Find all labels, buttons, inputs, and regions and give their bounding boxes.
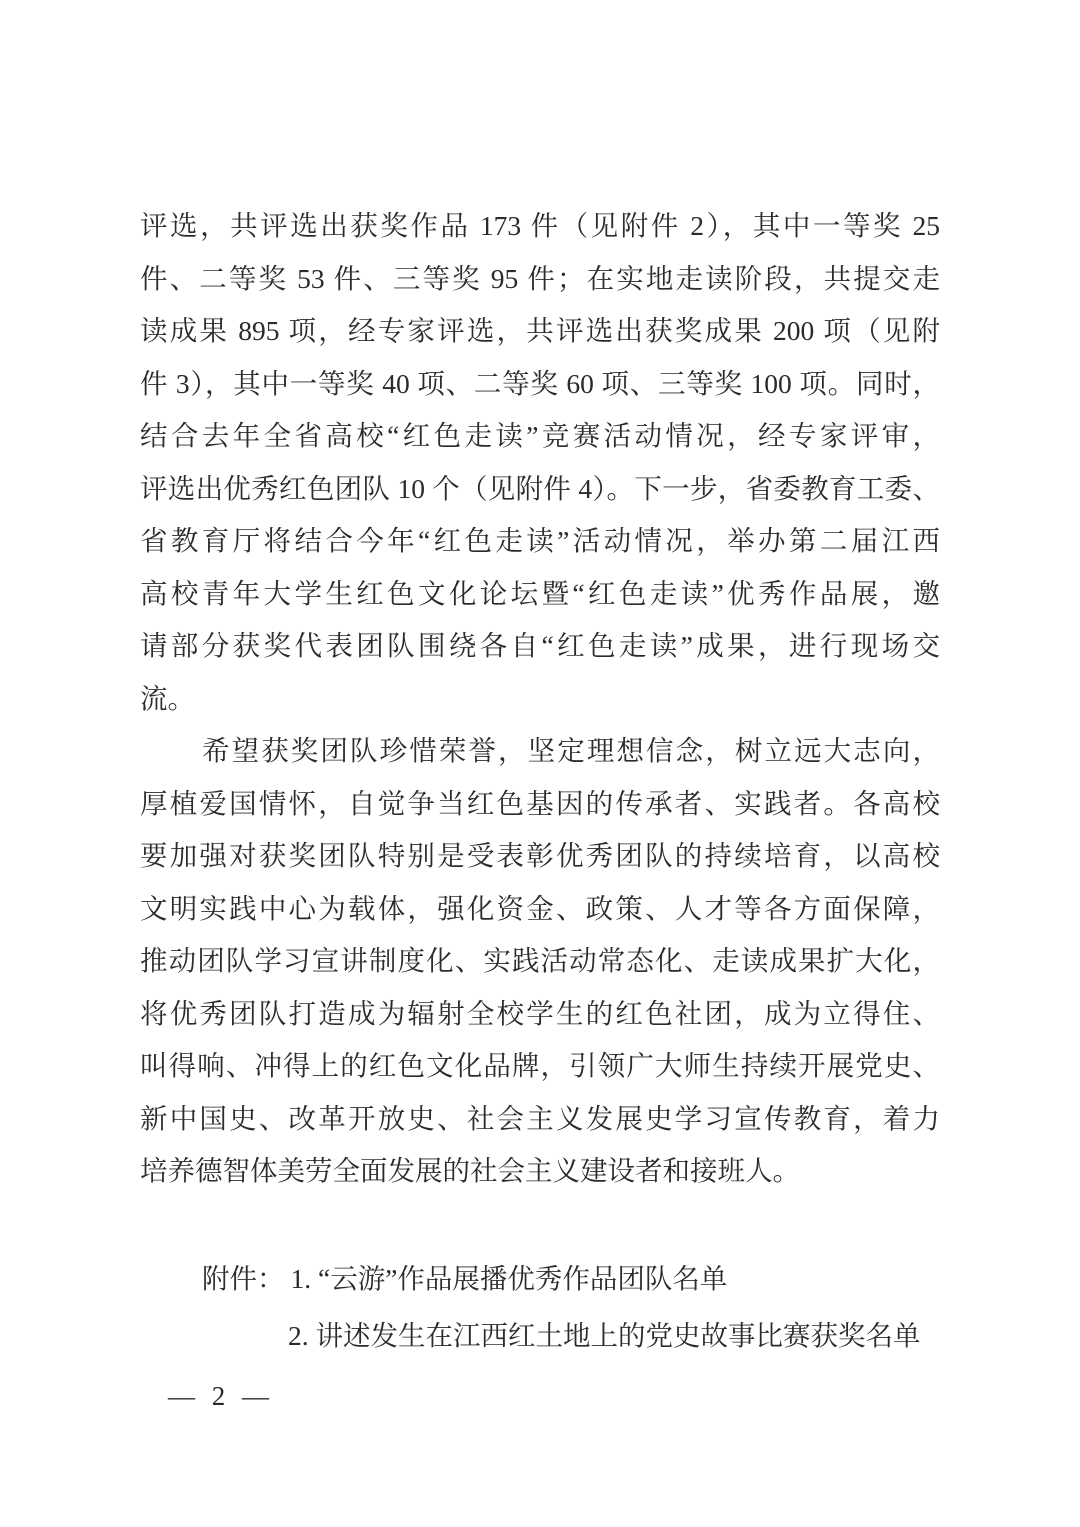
p1-line: 读成果 895 项，经专家评选，共评选出获奖成果 200 项（见附 [140,305,940,358]
document-body: 评选，共评选出获奖作品 173 件（见附件 2），其中一等奖 25 件、二等奖 … [140,200,940,1364]
p2-line: 推动团队学习宣讲制度化、实践活动常态化、走读成果扩大化， [140,935,940,988]
p1-line: 请部分获奖代表团队围绕各自“红色走读”成果，进行现场交 [140,620,940,673]
p1-line: 评选，共评选出获奖作品 173 件（见附件 2），其中一等奖 25 [140,200,940,253]
p1-line: 流。 [140,673,940,726]
p2-line: 希望获奖团队珍惜荣誉，坚定理想信念，树立远大志向， [140,725,940,778]
attachment-line-2: 2. 讲述发生在江西红土地上的党史故事比赛获奖名单 [140,1307,940,1364]
p1-line: 件 3），其中一等奖 40 项、二等奖 60 项、三等奖 100 项。同时， [140,358,940,411]
attachments-block: 附件：1. “云游”作品展播优秀作品团队名单 2. 讲述发生在江西红土地上的党史… [140,1250,940,1364]
attachment-line-1: 附件：1. “云游”作品展播优秀作品团队名单 [140,1250,940,1307]
page-number: — 2 — [168,1381,274,1412]
p1-line: 省教育厅将结合今年“红色走读”活动情况，举办第二届江西 [140,515,940,568]
document-page: 评选，共评选出获奖作品 173 件（见附件 2），其中一等奖 25 件、二等奖 … [0,0,1080,1527]
p1-line: 结合去年全省高校“红色走读”竞赛活动情况，经专家评审， [140,410,940,463]
attachments-label: 附件： [202,1263,291,1294]
p1-line: 评选出优秀红色团队 10 个（见附件 4）。下一步，省委教育工委、 [140,463,940,516]
p2-line: 新中国史、改革开放史、社会主义发展史学习宣传教育，着力 [140,1093,940,1146]
p2-line: 文明实践中心为载体，强化资金、政策、人才等各方面保障， [140,883,940,936]
p2-line: 培养德智体美劳全面发展的社会主义建设者和接班人。 [140,1145,940,1198]
attachment-item: 2. 讲述发生在江西红土地上的党史故事比赛获奖名单 [288,1320,921,1351]
p1-line: 件、二等奖 53 件、三等奖 95 件；在实地走读阶段，共提交走 [140,253,940,306]
p2-line: 叫得响、冲得上的红色文化品牌，引领广大师生持续开展党史、 [140,1040,940,1093]
p2-line: 要加强对获奖团队特别是受表彰优秀团队的持续培育，以高校 [140,830,940,883]
p2-line: 厚植爱国情怀，自觉争当红色基因的传承者、实践者。各高校 [140,778,940,831]
p2-line: 将优秀团队打造成为辐射全校学生的红色社团，成为立得住、 [140,988,940,1041]
attachment-item: 1. “云游”作品展播优秀作品团队名单 [291,1263,728,1294]
p1-line: 高校青年大学生红色文化论坛暨“红色走读”优秀作品展，邀 [140,568,940,621]
